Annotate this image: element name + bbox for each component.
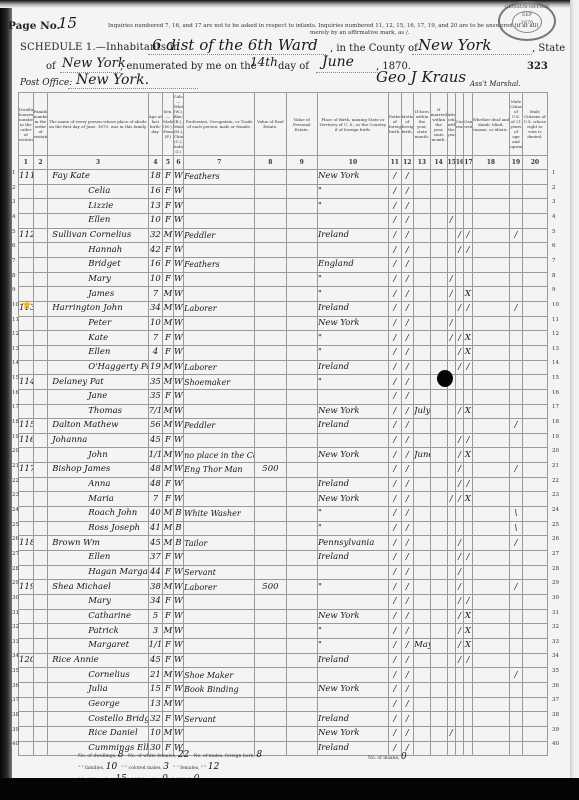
state-value: New York [62,56,126,71]
person-name: Mary [48,272,148,287]
sex: F [163,389,173,404]
personal-estate-value [286,243,317,258]
birthplace: " [317,639,388,654]
family-number [33,389,48,404]
cannot-read [455,507,463,522]
personal-estate-value [286,595,317,610]
cannot-read [455,257,463,272]
males-foreign-count: 8 [256,750,262,760]
mother-foreign: / [401,653,414,668]
attended-school [447,624,455,639]
table-row: Anna48FWIreland//// [19,477,548,492]
dwelling-number [19,521,34,536]
male-citizen [510,213,523,228]
column-header-20: Male Citizens of U.S. whose right to vot… [522,93,547,156]
age: 10 [148,316,163,331]
born-month [414,463,431,478]
occupation: no place in the Census [184,448,255,463]
row-number-left: 10 [12,302,19,308]
father-foreign: / [389,668,402,683]
marshal-title: Ass't Marshal. [470,80,521,88]
married-month [430,199,447,214]
age: 37 [148,551,163,566]
males-foreign-label: No. of males, foreign born, [194,754,255,759]
occupation [184,199,255,214]
row-number-right: 10 [552,302,559,308]
male-citizen [510,199,523,214]
scan-top-edge [0,0,579,8]
disability [472,653,510,668]
cannot-write [464,565,472,580]
table-row: 111Fay Kate18FWFeathersNew York// [19,170,548,185]
birthplace: " [317,624,388,639]
male-citizen [510,477,523,492]
mother-foreign: / [401,595,414,610]
male-citizen [510,331,523,346]
born-month [414,243,431,258]
row-number-right: 22 [552,478,559,484]
mother-foreign: / [401,345,414,360]
vote-denied [522,507,547,522]
attended-school [447,345,455,360]
disability [472,551,510,566]
attended-school [447,257,455,272]
families-count: 10 [106,762,117,772]
family-number [33,521,48,536]
column-header-10: Place of Birth, naming State or Territor… [317,93,388,156]
row-number-left: 40 [12,741,19,747]
born-month [414,492,431,507]
column-header-9: Value of Personal Estate. [286,93,317,156]
insane-count: 0 [401,752,407,762]
column-number-7: 7 [184,156,255,170]
occupation: Eng Thor Man [184,463,255,478]
occupation: White Washer [184,507,255,522]
birthplace: " [317,521,388,536]
age: 7 [148,331,163,346]
family-number [33,595,48,610]
vote-denied [522,419,547,434]
married-month [430,639,447,654]
row-number-right: 1 [552,170,556,176]
occupation [184,697,255,712]
cannot-write [464,682,472,697]
stamp-inner-ring [512,11,542,33]
born-month [414,345,431,360]
sex: F [163,551,173,566]
color: W [173,580,183,595]
of-label: of [46,61,56,72]
attended-school [447,521,455,536]
table-row: 117Bishop James48MWEng Thor Man500//// [19,463,548,478]
born-month [414,228,431,243]
person-name: Lizzie [48,199,148,214]
cannot-write [464,213,472,228]
row-number-right: 12 [552,331,559,337]
male-citizen: / [510,580,523,595]
father-foreign: / [389,595,402,610]
cannot-read [455,389,463,404]
cannot-read: / [455,404,463,419]
post-office-line [68,88,198,89]
disability [472,213,510,228]
sex: M [163,580,173,595]
sex: F [163,199,173,214]
color: W [173,477,183,492]
person-name: Sullivan Cornelius [48,228,148,243]
male-citizen [510,697,523,712]
birthplace: New York [317,316,388,331]
cannot-read: / [455,228,463,243]
real-estate-value [255,639,286,654]
column-header-2: Families, numbered in the order of visit… [33,93,48,156]
mother-foreign: / [401,639,414,654]
father-foreign: / [389,419,402,434]
table-row: 112Sullivan Cornelius32MWPeddlerIreland/… [19,228,548,243]
family-number [33,448,48,463]
vote-denied [522,287,547,302]
table-row: Mary34FW//// [19,595,548,610]
table-row: 119Shea Michael38MWLaborer500"//// [19,580,548,595]
real-estate-value [255,184,286,199]
cannot-read [455,272,463,287]
table-row: Maria7FWNew York////X [19,492,548,507]
table-row: 116Johanna45FW//// [19,433,548,448]
cannot-read [455,741,463,756]
table-row: Lizzie13FW"// [19,199,548,214]
occupation [184,404,255,419]
real-estate-value [255,433,286,448]
birthplace [317,389,388,404]
age: 45 [148,653,163,668]
row-number-right: 37 [552,697,559,703]
family-number [33,536,48,551]
table-row: Costello Bridget32FWServantIreland// [19,712,548,727]
family-number [33,419,48,434]
real-estate-value [255,668,286,683]
row-number-left: 26 [12,536,19,542]
male-citizen [510,595,523,610]
married-month [430,595,447,610]
male-citizen [510,345,523,360]
cannot-write [464,463,472,478]
dwelling-number [19,272,34,287]
occupation [184,477,255,492]
row-number-left: 34 [12,653,19,659]
sex: M [163,624,173,639]
male-citizen: \ [510,507,523,522]
personal-estate-value [286,712,317,727]
birthplace [317,565,388,580]
birthplace: England [317,257,388,272]
color: W [173,639,183,654]
sex: F [163,712,173,727]
family-number [33,580,48,595]
row-number-right: 26 [552,536,559,542]
family-number [33,301,48,316]
person-name: Cornelius [48,668,148,683]
real-estate-value [255,287,286,302]
birthplace: New York [317,492,388,507]
star-icon[interactable]: ★ [21,298,33,313]
row-number-left: 36 [12,683,19,689]
married-month [430,741,447,756]
male-citizen [510,287,523,302]
person-name: George [48,697,148,712]
row-number-left: 23 [12,492,19,498]
born-month [414,668,431,683]
mother-foreign: / [401,316,414,331]
column-header-row: Dwelling-houses, numbered in the order o… [19,93,548,156]
sex: F [163,682,173,697]
attended-school [447,389,455,404]
cannot-write [464,389,472,404]
male-citizen [510,609,523,624]
vote-denied [522,639,547,654]
cannot-write: X [464,492,472,507]
attended-school: / [447,316,455,331]
row-number-left: 14 [12,360,19,366]
column-number-18: 18 [472,156,510,170]
column-header-11: Father of foreign birth. [389,93,402,156]
male-citizen [510,551,523,566]
father-foreign: / [389,521,402,536]
vote-denied [522,375,547,390]
mother-foreign: / [401,609,414,624]
personal-estate-value [286,507,317,522]
stamp-text: CENSUS OFFICE [500,3,554,11]
vote-denied [522,433,547,448]
vote-denied [522,595,547,610]
dwelling-number [19,492,34,507]
personal-estate-value [286,287,317,302]
family-number [33,433,48,448]
father-foreign: / [389,404,402,419]
age: 13 [148,199,163,214]
personal-estate-value [286,433,317,448]
father-foreign: / [389,536,402,551]
real-estate-value [255,419,286,434]
real-estate-value [255,697,286,712]
color: W [173,184,183,199]
born-month [414,301,431,316]
born-month [414,477,431,492]
cannot-read: / [455,448,463,463]
table-row: Hagan Margaret44FWServant/// [19,565,548,580]
cannot-write: X [464,624,472,639]
father-foreign: / [389,697,402,712]
married-month [430,389,447,404]
birthplace [317,243,388,258]
cannot-read: / [455,595,463,610]
family-number [33,639,48,654]
married-month [430,580,447,595]
occupation: Shoemaker [184,375,255,390]
person-name: Bridget [48,257,148,272]
married-month [430,551,447,566]
personal-estate-value [286,477,317,492]
birthplace: Ireland [317,301,388,316]
cannot-read [455,419,463,434]
cannot-write: / [464,433,472,448]
birthplace: " [317,507,388,522]
vote-denied [522,697,547,712]
birthplace [317,697,388,712]
real-estate-value [255,345,286,360]
age: 1/12 [148,448,163,463]
dwelling-number [19,697,34,712]
column-header-12: Mother of foreign birth. [401,93,414,156]
cannot-write [464,536,472,551]
color: W [173,653,183,668]
male-citizen [510,682,523,697]
mother-foreign: / [401,184,414,199]
occupation: Laborer [184,580,255,595]
dwelling-number [19,213,34,228]
father-foreign: / [389,301,402,316]
born-month [414,565,431,580]
row-number-right: 6 [552,243,556,249]
females-foreign-label: " " females, " " [173,766,206,771]
family-number [33,463,48,478]
attended-school [447,697,455,712]
occupation [184,726,255,741]
mother-foreign: / [401,257,414,272]
occupation: Servant [184,712,255,727]
row-number-right: 31 [552,610,559,616]
age: 32 [148,712,163,727]
age: 48 [148,477,163,492]
colored-males-count: 3 [163,762,169,772]
census-grid: Dwelling-houses, numbered in the order o… [12,92,570,752]
age: 10 [148,213,163,228]
row-number-left: 22 [12,478,19,484]
disability [472,287,510,302]
row-number-left: 13 [12,346,19,352]
cannot-write [464,257,472,272]
born-month [414,360,431,375]
cannot-write: / [464,243,472,258]
birthplace: " [317,331,388,346]
mother-foreign: / [401,213,414,228]
mother-foreign: / [401,565,414,580]
person-name: Shea Michael [48,580,148,595]
age: 10 [148,726,163,741]
born-month [414,551,431,566]
mother-foreign: / [401,507,414,522]
table-row: Rice Daniel10MWNew York/// [19,726,548,741]
vote-denied [522,345,547,360]
married-month [430,726,447,741]
birthplace: New York [317,682,388,697]
row-number-right: 23 [552,492,559,498]
cannot-read [455,199,463,214]
age: 35 [148,375,163,390]
scan-right-edge [570,0,579,800]
sex: F [163,565,173,580]
mother-foreign: / [401,360,414,375]
row-number-right: 8 [552,273,556,279]
born-month [414,419,431,434]
age: 40 [148,507,163,522]
table-row: Ellen10FW/// [19,213,548,228]
row-number-right: 32 [552,624,559,630]
cannot-write [464,272,472,287]
occupation [184,433,255,448]
cannot-write [464,726,472,741]
married-month [430,419,447,434]
born-month [414,433,431,448]
married-month [430,184,447,199]
row-number-left: 24 [12,507,19,513]
male-citizen: / [510,668,523,683]
father-foreign: / [389,624,402,639]
male-citizen: / [510,463,523,478]
row-number-right: 19 [552,434,559,440]
column-number-14: 14 [430,156,447,170]
personal-estate-value [286,228,317,243]
real-estate-value [255,536,286,551]
real-estate-value [255,477,286,492]
dwelling-number [19,316,34,331]
row-number-left: 38 [12,712,19,718]
married-month [430,609,447,624]
sheet-number: 323 [527,61,548,72]
real-estate-value [255,272,286,287]
disability [472,492,510,507]
disability [472,257,510,272]
mother-foreign: / [401,448,414,463]
column-number-row: 1234567891011121314151617181920 [19,156,548,170]
birthplace: Ireland [317,551,388,566]
family-number [33,331,48,346]
birthplace [317,668,388,683]
occupation: Peddler [184,419,255,434]
disability [472,624,510,639]
born-month [414,536,431,551]
family-number [33,257,48,272]
male-citizen [510,375,523,390]
dwelling-number: 111 [19,170,34,185]
attended-school [447,741,455,756]
person-name: Johanna [48,433,148,448]
personal-estate-value [286,653,317,668]
disability [472,433,510,448]
vote-denied [522,170,547,185]
family-number [33,243,48,258]
disability [472,697,510,712]
row-number-left: 9 [12,287,16,293]
age: 7/12 [148,404,163,419]
real-estate-value [255,331,286,346]
birthplace: New York [317,609,388,624]
table-row: Margaret1/12FW"//May/X [19,639,548,654]
disability [472,639,510,654]
vote-denied [522,331,547,346]
age: 32 [148,228,163,243]
dwelling-number: 120 [19,653,34,668]
birthplace: " [317,272,388,287]
birthplace: New York [317,448,388,463]
white-females-label: No. of white females, [128,754,176,759]
born-month [414,184,431,199]
females-foreign-count: 12 [208,762,219,772]
column-header-13: If born within the year, state month. [414,93,431,156]
row-number-right: 24 [552,507,559,513]
cannot-read [455,316,463,331]
dwelling-number [19,477,34,492]
age: 45 [148,433,163,448]
